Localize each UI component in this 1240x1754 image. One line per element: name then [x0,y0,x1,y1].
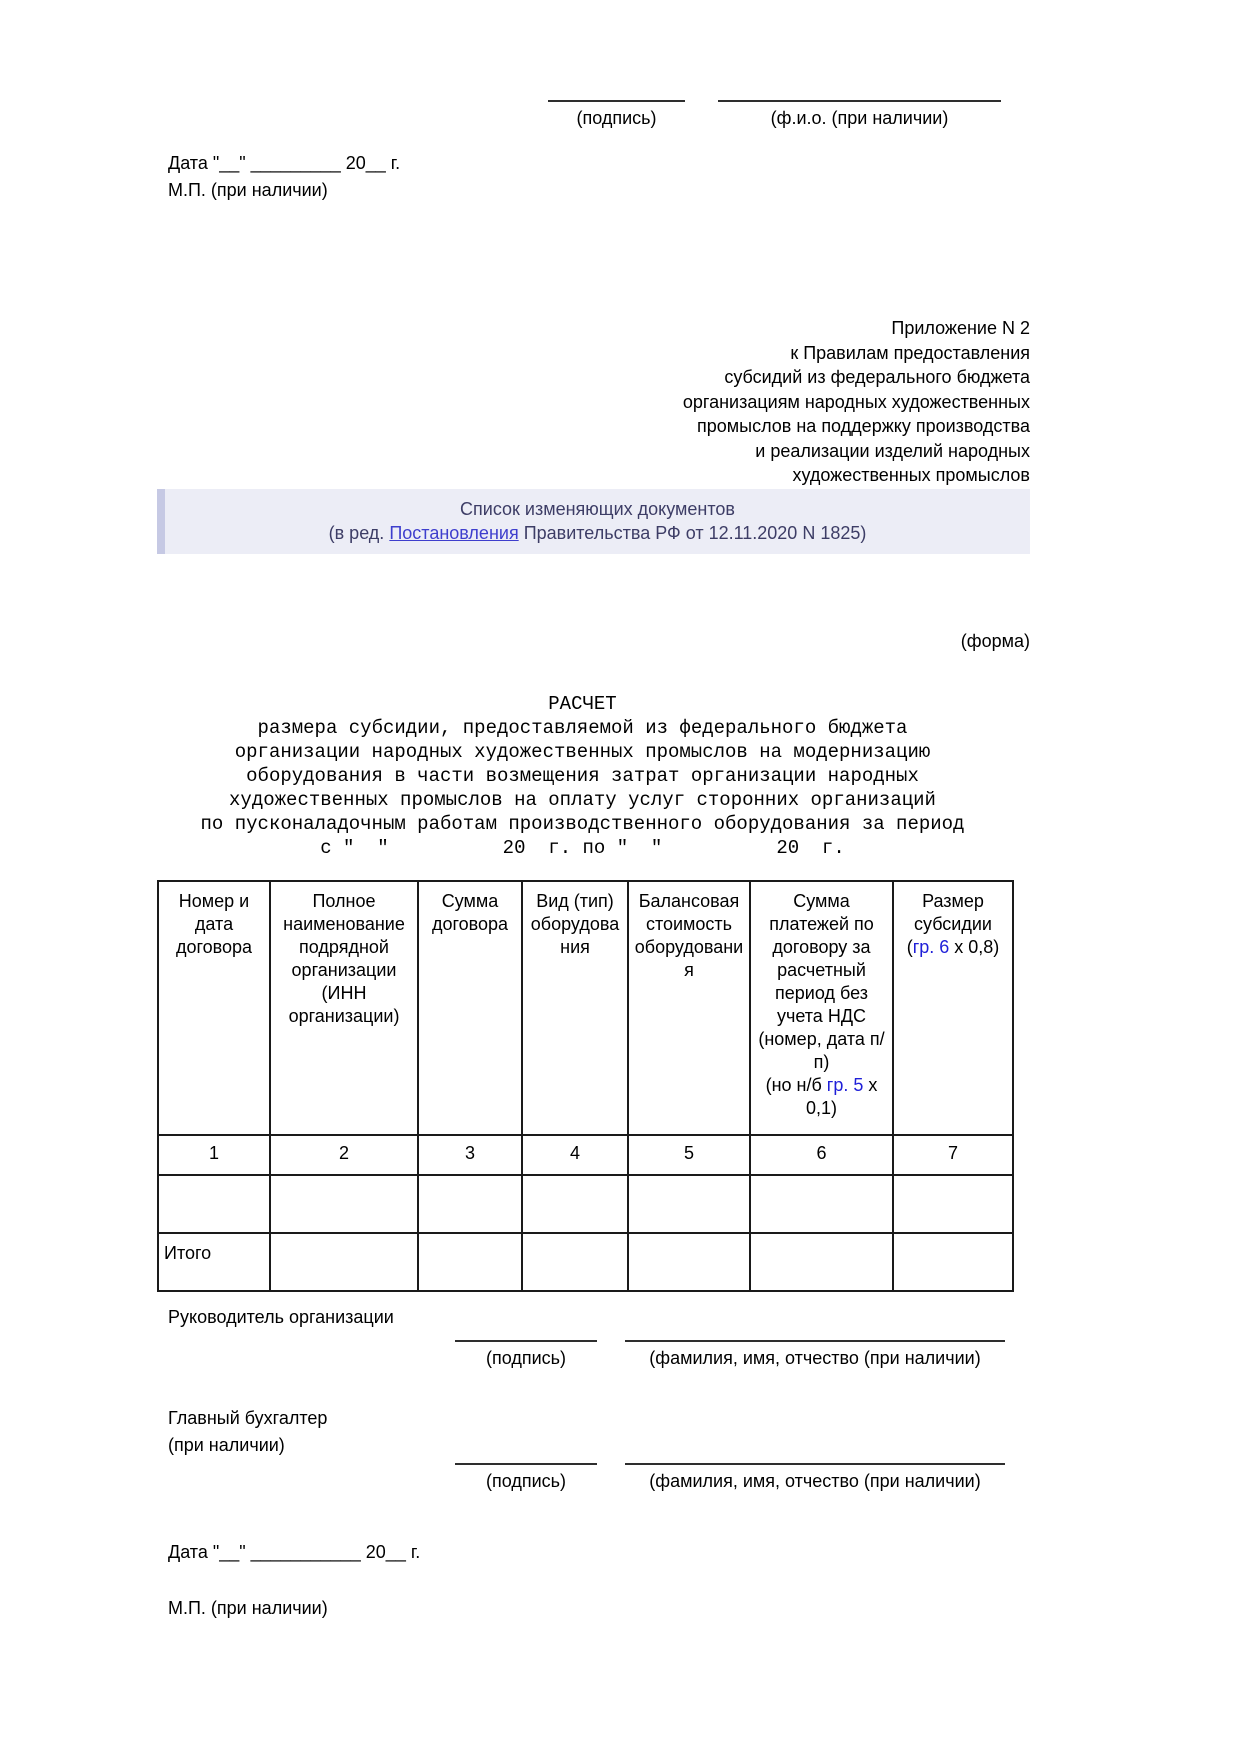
calc-title-line: организации народных художественных пром… [150,740,1015,764]
column-number: 5 [628,1135,750,1175]
appendix-line: субсидий из федерального бюджета [683,365,1030,390]
bottom-date-line: Дата "__" ___________ 20__ г. [168,1542,420,1563]
calc-title-line: художественных промыслов на оплату услуг… [150,788,1015,812]
col-header-subsidy-size: Размер субсидии (гр. 6 x 0,8) [893,881,1013,1135]
column-number: 7 [893,1135,1013,1175]
stamp-line: М.П. (при наличии) [168,177,400,204]
column-number-row: 1 2 3 4 5 6 7 [158,1135,1013,1175]
signature-line [455,1463,597,1465]
head-signature-block: (подпись) (фамилия, имя, отчество (при н… [455,1340,1005,1369]
signature-line [455,1340,597,1342]
column5-link[interactable]: гр. 5 [827,1075,864,1095]
amendments-title: Список изменяющих документов [165,497,1030,521]
appendix-line: художественных промыслов [683,463,1030,488]
signature-sign-label: (подпись) [455,1471,597,1492]
bottom-stamp-line: М.П. (при наличии) [168,1598,328,1619]
total-label-cell: Итого [158,1233,270,1291]
head-signature-name: (фамилия, имя, отчество (при наличии) [625,1340,1005,1369]
col-header-payments: Сумма платежей по договору за расчетный … [750,881,893,1135]
empty-cell [418,1233,522,1291]
head-signature-sign: (подпись) [455,1340,597,1369]
top-date-block: Дата "__" _________ 20__ г. М.П. (при на… [168,150,400,204]
column-number: 6 [750,1135,893,1175]
accountant-signature-sign: (подпись) [455,1463,597,1492]
amendments-box: Список изменяющих документов (в ред. Пос… [157,489,1030,554]
signature-sign-label: (подпись) [455,1348,597,1369]
col-header-text: Сумма договора [432,891,508,934]
appendix-line: организациям народных художественных [683,390,1030,415]
empty-cell [522,1233,628,1291]
calc-title-line: размера субсидии, предоставляемой из фед… [150,716,1015,740]
head-of-organization-label: Руководитель организации [168,1307,394,1328]
empty-cell [158,1175,270,1233]
empty-cell [522,1175,628,1233]
signature-line [718,100,1001,102]
table-total-row: Итого [158,1233,1013,1291]
appendix-line: Приложение N 2 [683,316,1030,341]
appendix-line: промыслов на поддержку производства [683,414,1030,439]
col-header-text: Вид (тип) оборудования [531,891,619,957]
col-header-contract-sum: Сумма договора [418,881,522,1135]
chief-accountant-line1: Главный бухгалтер [168,1405,327,1432]
col-header-contractor: Полное наименование подрядной организаци… [270,881,418,1135]
col-header-equipment-type: Вид (тип) оборудования [522,881,628,1135]
col-header-text: Балансовая стоимость оборудования [635,891,743,980]
signature-name-label: (ф.и.о. (при наличии) [718,108,1001,129]
top-signature-block: (подпись) (ф.и.о. (при наличии) [548,100,1001,129]
top-signature-sign: (подпись) [548,100,685,129]
amendments-edition-line: (в ред. Постановления Правительства РФ о… [165,521,1030,545]
signature-sign-label: (подпись) [548,108,685,129]
signature-line [548,100,685,102]
accountant-signature-name: (фамилия, имя, отчество (при наличии) [625,1463,1005,1492]
empty-cell [270,1175,418,1233]
chief-accountant-line2: (при наличии) [168,1432,327,1459]
date-line: Дата "__" _________ 20__ г. [168,150,400,177]
column-number: 2 [270,1135,418,1175]
calc-table: Номер и дата договора Полное наименовани… [157,880,1014,1292]
empty-cell [628,1175,750,1233]
column6-link[interactable]: гр. 6 [913,937,950,957]
empty-cell [893,1233,1013,1291]
empty-cell [418,1175,522,1233]
col-header-text: Сумма платежей по договору за расчетный … [756,890,887,1074]
calc-title-line: по пусконаладочным работам производствен… [150,812,1015,836]
col-header-contract: Номер и дата договора [158,881,270,1135]
top-signature-name: (ф.и.о. (при наличии) [718,100,1001,129]
empty-cell [750,1233,893,1291]
column-number: 1 [158,1135,270,1175]
calc-title-line: РАСЧЕТ [150,692,1015,716]
appendix-line: и реализации изделий народных [683,439,1030,464]
decree-link[interactable]: Постановления [389,523,518,543]
calc-title-line: оборудования в части возмещения затрат о… [150,764,1015,788]
column-number: 3 [418,1135,522,1175]
empty-cell [628,1233,750,1291]
col-header-text: Полное наименование подрядной организаци… [283,891,405,1026]
empty-cell [750,1175,893,1233]
appendix-heading: Приложение N 2 к Правилам предоставления… [683,316,1030,488]
empty-cell [893,1175,1013,1233]
signature-fio-label: (фамилия, имя, отчество (при наличии) [625,1471,1005,1492]
table-empty-row [158,1175,1013,1233]
calc-title-period-line: с " " 20 г. по " " 20 г. [150,836,1015,860]
edition-suffix: Правительства РФ от 12.11.2020 N 1825) [519,523,867,543]
empty-cell [270,1233,418,1291]
calc-title-block: РАСЧЕТ размера субсидии, предоставляемой… [150,692,1015,860]
signature-line [625,1463,1005,1465]
accountant-signature-block: (подпись) (фамилия, имя, отчество (при н… [455,1463,1005,1492]
edition-prefix: (в ред. [329,523,390,543]
col-header-book-value: Балансовая стоимость оборудования [628,881,750,1135]
signature-line [625,1340,1005,1342]
forma-label: (форма) [961,631,1030,652]
document-page: (подпись) (ф.и.о. (при наличии) Дата "__… [0,0,1240,1754]
column-number: 4 [522,1135,628,1175]
appendix-line: к Правилам предоставления [683,341,1030,366]
signature-fio-label: (фамилия, имя, отчество (при наличии) [625,1348,1005,1369]
chief-accountant-label: Главный бухгалтер (при наличии) [168,1405,327,1459]
col-header-note: (но н/б гр. 5 x 0,1) [756,1074,887,1120]
table-header-row: Номер и дата договора Полное наименовани… [158,881,1013,1135]
col-header-text: Номер и дата договора [176,891,252,957]
